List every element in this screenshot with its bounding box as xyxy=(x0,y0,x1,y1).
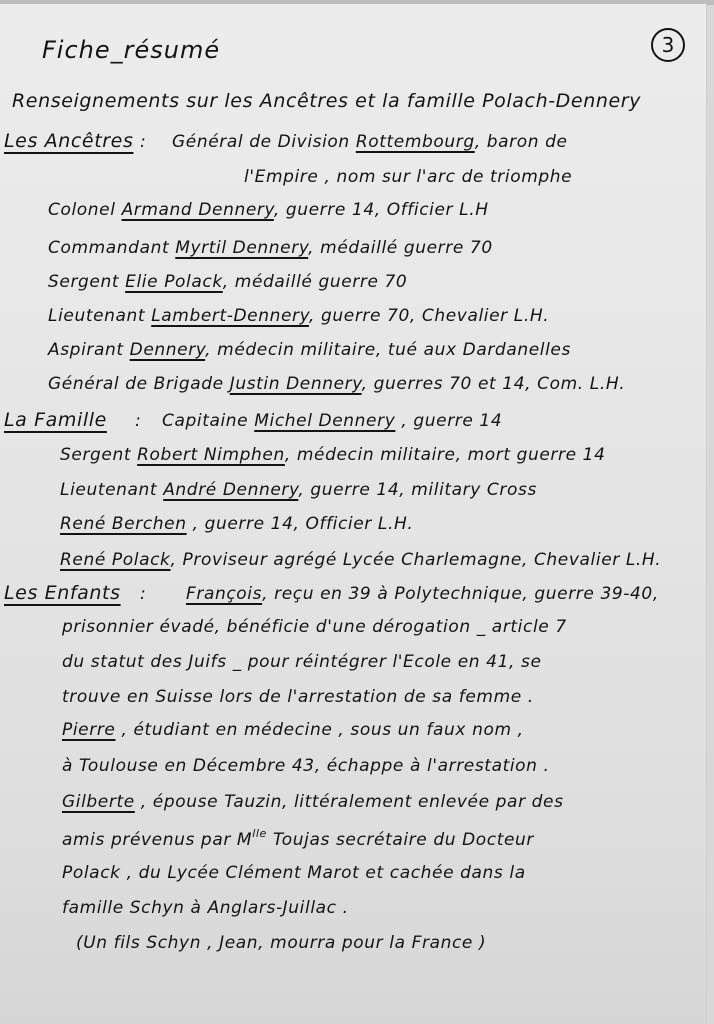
line-text: , médaillé guerre 70 xyxy=(223,272,408,292)
person-name: Elie Polack xyxy=(125,272,223,292)
line-text: , guerre 14, Officier L.H xyxy=(274,200,489,220)
line-text: (Un fils Schyn , Jean, mourra pour la Fr… xyxy=(76,933,486,953)
line-text: , épouse Tauzin, littéralement enlevée p… xyxy=(135,792,564,812)
ancetre-line: l'Empire , nom sur l'arc de triomphe xyxy=(244,167,572,187)
document-subtitle: Renseignements sur les Ancêtres et la fa… xyxy=(12,90,641,112)
line-text: Toujas secrétaire du Docteur xyxy=(267,830,534,850)
line-text: , médaillé guerre 70 xyxy=(308,238,493,258)
person-name: Robert Nimphen xyxy=(137,445,285,465)
superscript: lle xyxy=(252,827,267,840)
ancetre-line: Général de Division Rottembourg, baron d… xyxy=(172,132,568,152)
section-colon: : xyxy=(140,584,146,604)
line-text: Lieutenant xyxy=(60,480,163,500)
line-text: , reçu en 39 à Polytechnique, guerre 39-… xyxy=(262,584,659,604)
ancetre-line: Général de Brigade Justin Dennery, guerr… xyxy=(48,374,625,394)
handwritten-page: Fiche_résumé 3 Renseignements sur les An… xyxy=(0,4,707,1024)
line-text: , baron de xyxy=(475,132,568,152)
line-text: , guerre 14 xyxy=(395,411,502,431)
enfant-line: du statut des Juifs _ pour réintégrer l'… xyxy=(62,652,542,672)
enfant-line: Polack , du Lycée Clément Marot et caché… xyxy=(62,863,526,883)
enfant-line: Pierre , étudiant en médecine , sous un … xyxy=(62,720,524,740)
person-name: Pierre xyxy=(62,720,115,740)
person-name: Myrtil Dennery xyxy=(175,238,308,258)
page-number-circle: 3 xyxy=(651,28,685,62)
line-text: à Toulouse en Décembre 43, échappe à l'a… xyxy=(62,756,550,776)
enfant-line: Gilberte , épouse Tauzin, littéralement … xyxy=(62,792,564,812)
line-text: Aspirant xyxy=(48,340,130,360)
enfant-line: à Toulouse en Décembre 43, échappe à l'a… xyxy=(62,756,550,776)
enfant-line: François, reçu en 39 à Polytechnique, gu… xyxy=(186,584,659,604)
line-text: trouve en Suisse lors de l'arrestation d… xyxy=(62,687,534,707)
ancetre-line: Colonel Armand Dennery, guerre 14, Offic… xyxy=(48,200,489,220)
person-name: Dennery xyxy=(130,340,206,360)
line-text: Commandant xyxy=(48,238,175,258)
line-text: prisonnier évadé, bénéficie d'une déroga… xyxy=(62,617,567,637)
document-title: Fiche_résumé xyxy=(42,36,220,64)
person-name: Gilberte xyxy=(62,792,135,812)
line-text: , médecin militaire, tué aux Dardanelles xyxy=(205,340,571,360)
line-text: Général de Division xyxy=(172,132,356,152)
line-text: Colonel xyxy=(48,200,122,220)
famille-line: Capitaine Michel Dennery , guerre 14 xyxy=(162,411,502,431)
line-text: Sergent xyxy=(48,272,125,292)
famille-line: Lieutenant André Dennery, guerre 14, mil… xyxy=(60,480,537,500)
ancetre-line: Commandant Myrtil Dennery, médaillé guer… xyxy=(48,238,493,258)
line-text: Général de Brigade xyxy=(48,374,230,394)
line-text: , guerre 14, military Cross xyxy=(298,480,537,500)
line-text: , guerres 70 et 14, Com. L.H. xyxy=(362,374,626,394)
person-name: René Berchen xyxy=(60,514,187,534)
section-label-famille: La Famille xyxy=(4,409,107,431)
line-text: l'Empire , nom sur l'arc de triomphe xyxy=(244,167,572,187)
enfant-line: trouve en Suisse lors de l'arrestation d… xyxy=(62,687,534,707)
famille-line: René Polack, Proviseur agrégé Lycée Char… xyxy=(60,550,661,570)
section-colon: : xyxy=(135,411,141,431)
line-text: , médecin militaire, mort guerre 14 xyxy=(285,445,606,465)
famille-line: Sergent Robert Nimphen, médecin militair… xyxy=(60,445,606,465)
person-name: André Dennery xyxy=(163,480,298,500)
person-name: Rottembourg xyxy=(356,132,475,152)
enfant-line: famille Schyn à Anglars-Juillac . xyxy=(62,898,349,918)
person-name: Michel Dennery xyxy=(254,411,395,431)
line-text: , guerre 70, Chevalier L.H. xyxy=(309,306,549,326)
line-text: amis prévenus par M xyxy=(62,830,252,850)
person-name: Justin Dennery xyxy=(230,374,362,394)
ancetre-line: Lieutenant Lambert-Dennery, guerre 70, C… xyxy=(48,306,549,326)
person-name: Armand Dennery xyxy=(122,200,274,220)
line-text: , Proviseur agrégé Lycée Charlemagne, Ch… xyxy=(171,550,662,570)
line-text: , guerre 14, Officier L.H. xyxy=(187,514,414,534)
person-name: François xyxy=(186,584,262,604)
section-label-enfants: Les Enfants xyxy=(4,582,121,604)
enfant-line: amis prévenus par Mlle Toujas secrétaire… xyxy=(62,827,534,850)
enfant-line: (Un fils Schyn , Jean, mourra pour la Fr… xyxy=(76,933,486,953)
famille-line: René Berchen , guerre 14, Officier L.H. xyxy=(60,514,413,534)
section-colon: : xyxy=(140,132,146,152)
enfant-line: prisonnier évadé, bénéficie d'une déroga… xyxy=(62,617,567,637)
line-text: Lieutenant xyxy=(48,306,151,326)
line-text: Sergent xyxy=(60,445,137,465)
line-text: Polack , du Lycée Clément Marot et caché… xyxy=(62,863,526,883)
section-label-ancetres: Les Ancêtres xyxy=(4,130,133,152)
line-text: , étudiant en médecine , sous un faux no… xyxy=(115,720,523,740)
person-name: René Polack xyxy=(60,550,171,570)
line-text: famille Schyn à Anglars-Juillac . xyxy=(62,898,349,918)
line-text: Capitaine xyxy=(162,411,254,431)
ancetre-line: Aspirant Dennery, médecin militaire, tué… xyxy=(48,340,571,360)
line-text: du statut des Juifs _ pour réintégrer l'… xyxy=(62,652,542,672)
ancetre-line: Sergent Elie Polack, médaillé guerre 70 xyxy=(48,272,407,292)
person-name: Lambert-Dennery xyxy=(151,306,309,326)
